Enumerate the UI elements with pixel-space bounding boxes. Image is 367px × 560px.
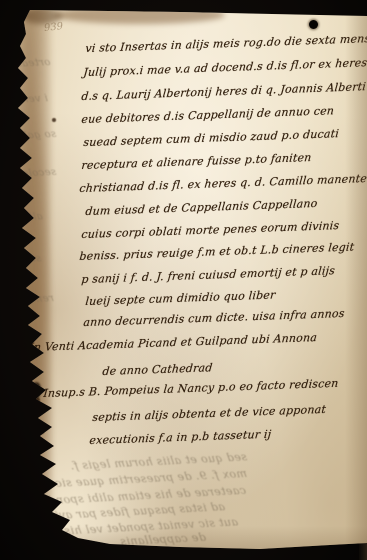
bleedthrough-line: orteaz	[15, 57, 51, 70]
bleedthrough-line: i veris	[13, 93, 49, 106]
ink-speck	[52, 118, 56, 122]
faint-page-number: 939	[43, 21, 63, 34]
bleedthrough-line: sillet	[13, 253, 42, 265]
bleedthrough-line: allad	[15, 211, 43, 223]
top-edge-stain	[55, 6, 225, 24]
ink-line: lueij septe cum dimidio quo liber	[85, 288, 276, 308]
bleedthrough-line: secolom	[11, 167, 57, 180]
ink-line: d.s q. Laurij Albertonij heres di q. Joa…	[81, 80, 367, 103]
page-curvature-shadow	[345, 0, 367, 560]
bottom-edge-shadow	[0, 526, 367, 552]
photo-backdrop: 939 orteaz i veris so gales secolom alla…	[0, 0, 367, 560]
ink-line: christianad d.is fl. ex heres q. d. Cami…	[79, 172, 367, 195]
ink-line: Insup.s B. Pompeius la Nancy p.o eo fact…	[43, 377, 339, 400]
ink-speck	[36, 398, 40, 402]
ink-line: de anno Cathedrad	[102, 361, 213, 378]
ink-line: executionis f.a in p.b tassetur ij	[89, 428, 272, 447]
wormhole	[309, 20, 318, 29]
ink-line: In Venti Academia Picand et Guilpand ubi…	[29, 331, 318, 354]
ink-line: beniss. prius reuige f.m et ob.t L.b cin…	[79, 240, 355, 263]
ink-line: cuius corpi oblati morte penes eorum div…	[81, 219, 340, 241]
ink-speck	[40, 430, 44, 434]
ink-line: dum eiusd et de Cappellanis Cappellano	[85, 197, 318, 218]
ink-line: vi sto Insertas in alijs meis rog.do die…	[85, 32, 367, 55]
ink-line: receptura et alienare fuisse p.to fanite…	[81, 151, 312, 172]
ink-line: anno decurrendis cum dicte. uisa infra a…	[83, 307, 345, 329]
ink-line: Julij prox.i mae v.a ad docend.s d.is fl…	[83, 56, 367, 79]
ink-line: eue debitores d.is Cappellanij de annuo …	[81, 104, 335, 126]
torn-edge-staining	[14, 0, 60, 560]
ink-line: p sanij i f. d. J. freni cuiusd emortij …	[81, 264, 336, 286]
manuscript-page: 939 orteaz i veris so gales secolom alla…	[0, 0, 367, 560]
bleedthrough-line: so gales	[11, 129, 57, 142]
ink-line: suead septem cum di misdio zaud p.o duca…	[83, 127, 340, 149]
bleedthrough-line: reno s	[19, 293, 55, 306]
ink-line: septis in alijs obtenta et de vice appon…	[92, 403, 327, 424]
